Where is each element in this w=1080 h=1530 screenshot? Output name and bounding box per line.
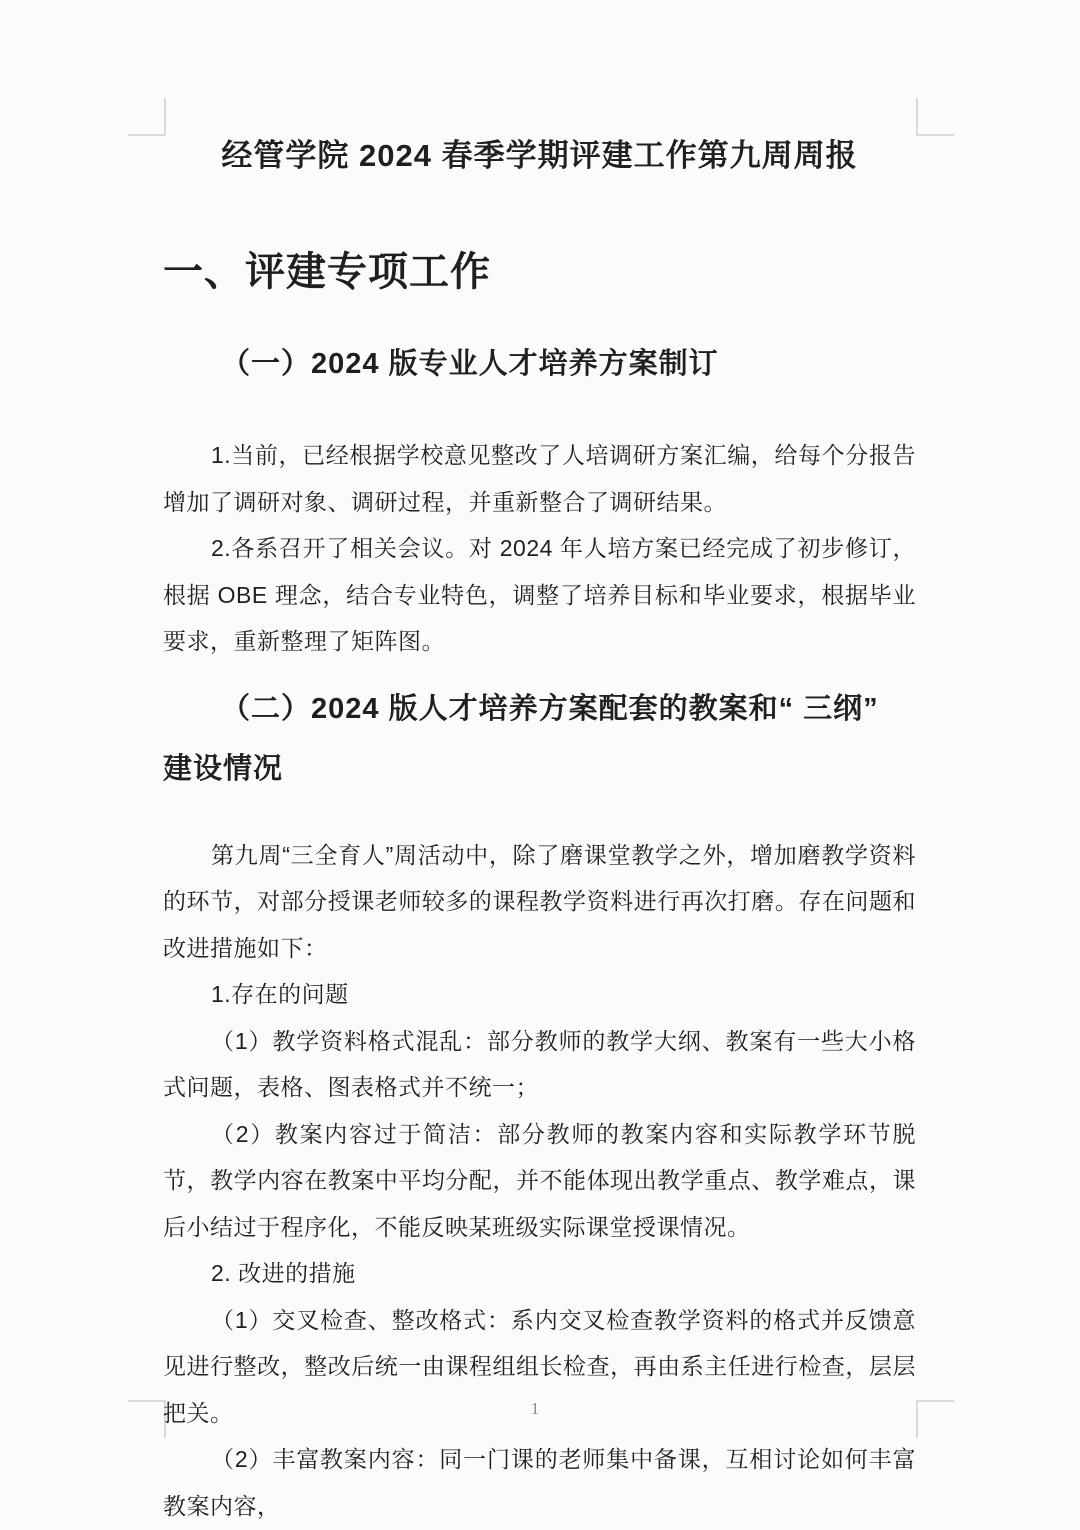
document-title: 经管学院 2024 春季学期评建工作第九周周报 [163,136,916,176]
paragraph: 2. 改进的措施 [163,1250,916,1297]
subsection-heading-2: （二）2024 版人才培养方案配套的教案和“ 三纲” 建设情况 [163,679,916,799]
document-body: 经管学院 2024 春季学期评建工作第九周周报 一、评建专项工作 （一）2024… [163,112,916,1529]
paragraph: （2）教案内容过于简洁：部分教师的教案内容和实际教学环节脱节，教学内容在教案中平… [163,1111,916,1251]
text-boundary-mark-top-right-icon [916,98,954,136]
subsection-heading-1: （一）2024 版专业人才培养方案制订 [163,344,916,384]
document-page: 经管学院 2024 春季学期评建工作第九周周报 一、评建专项工作 （一）2024… [0,0,1080,1530]
paragraph: 1.存在的问题 [163,971,916,1018]
text-boundary-mark-top-left-icon [128,98,166,136]
paragraph: （1）教学资料格式混乱：部分教师的教学大纲、教案有一些大小格式问题，表格、图表格… [163,1018,916,1111]
paragraph: 第九周“三全育人”周活动中，除了磨课堂教学之外，增加磨教学资料的环节，对部分授课… [163,832,916,972]
subsection-1-paragraphs: 1.当前，已经根据学校意见整改了人培调研方案汇编，给每个分报告增加了调研对象、调… [163,432,916,665]
subsection-2-paragraphs: 第九周“三全育人”周活动中，除了磨课堂教学之外，增加磨教学资料的环节，对部分授课… [163,832,916,1530]
paragraph: （2）丰富教案内容：同一门课的老师集中备课，互相讨论如何丰富教案内容， [163,1436,916,1529]
section-heading-1: 一、评建专项工作 [163,248,916,296]
paragraph: 2.各系召开了相关会议。对 2024 年人培方案已经完成了初步修订，根据 OBE… [163,525,916,665]
paragraph: 1.当前，已经根据学校意见整改了人培调研方案汇编，给每个分报告增加了调研对象、调… [163,432,916,525]
page-number: 1 [0,1399,1070,1419]
